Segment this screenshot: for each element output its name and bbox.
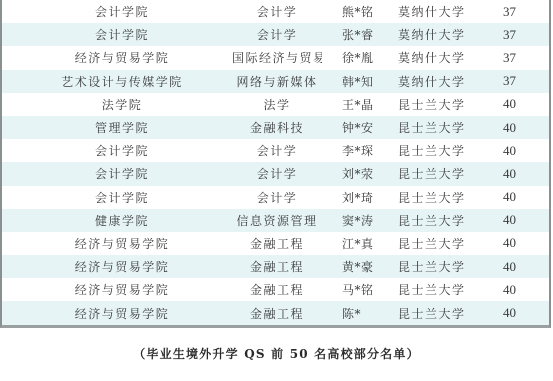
college-cell: 经济与贸易学院 (2, 301, 232, 324)
name-cell: 窦*涛 (322, 209, 390, 232)
college-cell: 经济与贸易学院 (2, 46, 232, 69)
qs-rank-cell: 40 (486, 232, 549, 255)
qs-rank-cell: 40 (486, 278, 549, 301)
university-cell: 昆士兰大学 (390, 255, 486, 278)
table-row: 会计学院 会计学 刘*荥 昆士兰大学 40 (2, 162, 549, 185)
name-cell: 江*真 (322, 232, 390, 255)
university-cell: 昆士兰大学 (390, 278, 486, 301)
college-cell: 经济与贸易学院 (2, 278, 232, 301)
name-cell: 王*晶 (322, 93, 390, 116)
college-cell: 会计学院 (2, 139, 232, 162)
major-cell: 会计学 (232, 23, 322, 46)
university-cell: 莫纳什大学 (390, 0, 486, 23)
college-cell: 艺术设计与传媒学院 (2, 70, 232, 93)
qs-rank-cell: 40 (486, 116, 549, 139)
qs-rank-cell: 40 (486, 301, 549, 324)
college-cell: 会计学院 (2, 23, 232, 46)
university-cell: 昆士兰大学 (390, 209, 486, 232)
major-cell: 会计学 (232, 186, 322, 209)
major-cell: 信息资源管理 (232, 209, 322, 232)
university-cell: 昆士兰大学 (390, 162, 486, 185)
university-cell: 莫纳什大学 (390, 70, 486, 93)
table-caption: （毕业生境外升学 QS 前 50 名高校部分名单） (0, 345, 553, 362)
college-cell: 会计学院 (2, 162, 232, 185)
name-cell: 钟*安 (322, 116, 390, 139)
name-cell: 张*睿 (322, 23, 390, 46)
name-cell: 黄*豪 (322, 255, 390, 278)
college-cell: 健康学院 (2, 209, 232, 232)
major-cell: 法学 (232, 93, 322, 116)
table-row: 经济与贸易学院 国际经济与贸易 徐*胤 莫纳什大学 37 (2, 46, 549, 69)
major-cell: 金融工程 (232, 278, 322, 301)
university-cell: 昆士兰大学 (390, 116, 486, 139)
graduate-list-table: 会计学院 会计学 熊*铭 莫纳什大学 37 会计学院 会计学 张*睿 莫纳什大学… (2, 0, 549, 325)
qs-rank-cell: 40 (486, 186, 549, 209)
major-cell: 金融工程 (232, 255, 322, 278)
major-cell: 会计学 (232, 162, 322, 185)
qs-rank-cell: 40 (486, 93, 549, 116)
qs-rank-cell: 40 (486, 162, 549, 185)
major-cell: 金融工程 (232, 301, 322, 324)
name-cell: 刘*荥 (322, 162, 390, 185)
major-cell: 金融科技 (232, 116, 322, 139)
name-cell: 熊*铭 (322, 0, 390, 23)
table-row: 会计学院 会计学 李*琛 昆士兰大学 40 (2, 139, 549, 162)
major-cell: 会计学 (232, 0, 322, 23)
qs-rank-cell: 40 (486, 209, 549, 232)
table-row: 经济与贸易学院 金融工程 马*铭 昆士兰大学 40 (2, 278, 549, 301)
college-cell: 会计学院 (2, 0, 232, 23)
name-cell: 陈* (322, 301, 390, 324)
college-cell: 经济与贸易学院 (2, 255, 232, 278)
name-cell: 韩*知 (322, 70, 390, 93)
name-cell: 李*琛 (322, 139, 390, 162)
graduate-list-table-frame: 会计学院 会计学 熊*铭 莫纳什大学 37 会计学院 会计学 张*睿 莫纳什大学… (0, 0, 551, 328)
major-cell: 会计学 (232, 139, 322, 162)
table-row: 法学院 法学 王*晶 昆士兰大学 40 (2, 93, 549, 116)
university-cell: 昆士兰大学 (390, 139, 486, 162)
table-row: 艺术设计与传媒学院 网络与新媒体 韩*知 莫纳什大学 37 (2, 70, 549, 93)
university-cell: 昆士兰大学 (390, 93, 486, 116)
qs-rank-cell: 37 (486, 70, 549, 93)
qs-rank-cell: 40 (486, 255, 549, 278)
university-cell: 莫纳什大学 (390, 46, 486, 69)
table-row: 经济与贸易学院 金融工程 黄*豪 昆士兰大学 40 (2, 255, 549, 278)
table-row: 经济与贸易学院 金融工程 陈* 昆士兰大学 40 (2, 301, 549, 324)
major-cell: 网络与新媒体 (232, 70, 322, 93)
qs-rank-cell: 37 (486, 0, 549, 23)
qs-rank-cell: 37 (486, 23, 549, 46)
college-cell: 经济与贸易学院 (2, 232, 232, 255)
university-cell: 昆士兰大学 (390, 232, 486, 255)
university-cell: 昆士兰大学 (390, 301, 486, 324)
table-row: 会计学院 会计学 熊*铭 莫纳什大学 37 (2, 0, 549, 23)
qs-rank-cell: 40 (486, 139, 549, 162)
table-row: 健康学院 信息资源管理 窦*涛 昆士兰大学 40 (2, 209, 549, 232)
college-cell: 管理学院 (2, 116, 232, 139)
college-cell: 会计学院 (2, 186, 232, 209)
major-cell: 国际经济与贸易 (232, 46, 322, 69)
qs-rank-cell: 37 (486, 46, 549, 69)
table-row: 会计学院 会计学 刘*琦 昆士兰大学 40 (2, 186, 549, 209)
table-row: 会计学院 会计学 张*睿 莫纳什大学 37 (2, 23, 549, 46)
university-cell: 莫纳什大学 (390, 23, 486, 46)
name-cell: 马*铭 (322, 278, 390, 301)
university-cell: 昆士兰大学 (390, 186, 486, 209)
table-row: 经济与贸易学院 金融工程 江*真 昆士兰大学 40 (2, 232, 549, 255)
name-cell: 徐*胤 (322, 46, 390, 69)
name-cell: 刘*琦 (322, 186, 390, 209)
table-row: 管理学院 金融科技 钟*安 昆士兰大学 40 (2, 116, 549, 139)
major-cell: 金融工程 (232, 232, 322, 255)
college-cell: 法学院 (2, 93, 232, 116)
